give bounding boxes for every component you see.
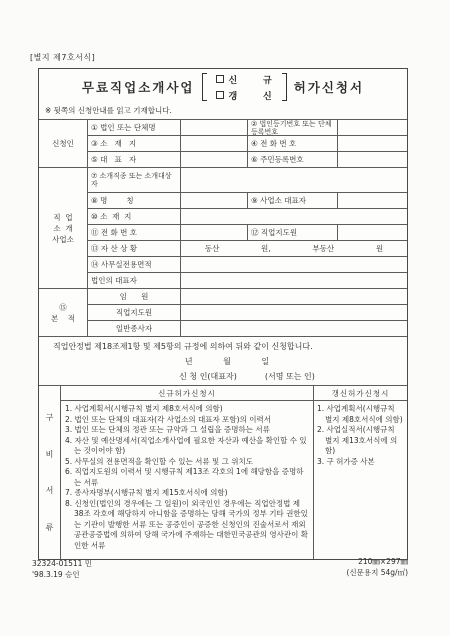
group-label-origin: ⑮ 본 적: [39, 289, 87, 336]
value-representative[interactable]: [181, 152, 247, 167]
footer-paper-line: (신문용지 54g/㎡): [346, 567, 408, 578]
origin-number: ⑮: [59, 302, 67, 313]
checkbox-renew[interactable]: [216, 91, 224, 99]
value-officer-origin[interactable]: [181, 289, 407, 304]
signature-row: 신 청 인(대표자) (서명 또는 인): [93, 371, 401, 382]
docs-list-new: 1. 사업계획서(시행규칙 별지 제8호서식에 의함) 2. 법인 또는 단체의…: [61, 401, 313, 559]
doc-item-new-6: 6. 직업지도원의 이력서 및 시행규칙 제13조 각호의 1에 해당함을 증명…: [65, 467, 309, 488]
field-label-phone: ④ 전 화 번 호: [248, 136, 337, 151]
value-office-address[interactable]: [181, 209, 407, 224]
field-label-resident-no: ⑥ 주민등록번호: [248, 152, 337, 167]
value-assets[interactable]: 동산 원, 부동산 원: [181, 241, 407, 256]
field-label-office-address: ⑩ 소 재 지: [88, 209, 180, 224]
field-label-intro-jobs: ⑦ 소개직종 또는 소개대상자: [88, 168, 180, 192]
group-label-applicant: 신청인: [39, 120, 87, 167]
doc-item-renew-1: 1. 사업계획서(시행규칙 별지 제8호서식에 의함): [317, 404, 404, 425]
value-office-rep[interactable]: [338, 193, 407, 208]
doc-item-new-7: 7. 종사자명부(시행규칙 별지 제15호서식에 의함): [65, 488, 309, 499]
assets-immovable-label: 부동산: [312, 243, 334, 254]
row-label-guide: 직업지도원: [88, 305, 180, 320]
doc-item-new-3: 3. 법인 또는 단체의 정관 또는 규약과 그 설립을 증명하는 서류: [65, 425, 309, 436]
bracket-left: [202, 73, 207, 101]
bracket-right: [282, 73, 287, 101]
field-label-office-phone: ⑪ 전 화 번 호: [88, 225, 180, 240]
main-table: 신청인 ① 법인 또는 단체명 ② 법인등기번호 또는 단체등록번호 ③ 소 재…: [39, 119, 407, 337]
group-agency-line3: 사업소: [52, 234, 74, 245]
value-office-name[interactable]: [181, 193, 247, 208]
doc-item-new-5: 5. 사무실의 전용면적을 확인할 수 있는 서류 및 그 위치도: [65, 457, 309, 468]
option-new: 신 규: [216, 73, 273, 86]
footer-code-line: 32324-01511 민: [32, 558, 92, 569]
field-label-office-name: ⑧ 명 칭: [88, 193, 180, 208]
value-general-origin[interactable]: [181, 321, 407, 336]
value-guidance-staff[interactable]: [338, 225, 407, 240]
field-label-guidance-staff: ⑫ 직업지도원: [248, 225, 337, 240]
doc-item-renew-3: 3. 구 허가증 사본: [317, 457, 404, 468]
permit-type-options: 신 규 갱 신: [214, 73, 275, 102]
value-guide-origin[interactable]: [181, 305, 407, 320]
footer-approval-line: '98.3.19 승인: [32, 569, 92, 580]
field-label-corp-name: ① 법인 또는 단체명: [88, 120, 180, 135]
sidebar-char-4: 류: [46, 522, 54, 533]
date-line: 년 월 일: [53, 356, 401, 367]
form-title-right: 허가신청서: [294, 78, 364, 96]
value-office-phone[interactable]: [181, 225, 247, 240]
documents-table: 구 비 서 류 신규허가신청시 갱신허가신청시 1. 사업계획서(시행규칙 별지…: [39, 385, 407, 559]
option-renew: 갱 신: [216, 89, 273, 102]
footer-size-line: 210㎜×297㎜: [346, 556, 408, 567]
field-label-office-rep: ⑨ 사업소 대표자: [248, 193, 337, 208]
field-label-representative: ⑤ 대 표 자: [88, 152, 180, 167]
value-address[interactable]: [181, 136, 247, 151]
group-agency-line1: 직 업: [53, 212, 72, 223]
field-label-corp-representative: 법인의 대표자: [88, 273, 180, 288]
field-label-office-area: ⑭ 사무실전용면적: [88, 257, 180, 272]
footer-paper-spec: 210㎜×297㎜ (신문용지 54g/㎡): [346, 556, 408, 578]
checkbox-renew-label: 갱 신: [229, 89, 273, 102]
doc-item-new-1: 1. 사업계획서(시행규칙 별지 제8호서식에 의함): [65, 404, 309, 415]
value-corp-representative[interactable]: [181, 273, 407, 288]
value-corp-name[interactable]: [181, 120, 247, 135]
assets-won2-label: 원: [376, 243, 383, 254]
footer-print-code: 32324-01511 민 '98.3.19 승인: [32, 558, 92, 580]
assets-movable-label: 동산: [205, 243, 220, 254]
declaration-block: 직업안정법 제18조제1항 및 제5항의 규정에 의하여 뒤와 같이 신청합니다…: [39, 337, 407, 385]
doc-item-new-8: 8. 신청인(법인의 경우에는 그 일원)이 외국인인 경우에는 직업안정법 제…: [65, 499, 309, 552]
sign-note: (서명 또는 인): [265, 371, 315, 382]
value-registry-no[interactable]: [338, 120, 407, 135]
checkbox-new[interactable]: [216, 75, 224, 83]
value-phone[interactable]: [338, 136, 407, 151]
signer-label: 신 청 인(대표자): [179, 371, 237, 382]
group-agency-line2: 소 개: [53, 223, 72, 234]
value-resident-no[interactable]: [338, 152, 407, 167]
application-form: 무료직업소개사업 신 규 갱 신 허가신청서 ※ 뒷쪽의 신청안내를 읽고 기재…: [38, 68, 408, 560]
fill-note: ※ 뒷쪽의 신청안내를 읽고 기재합니다.: [39, 105, 407, 119]
checkbox-new-label: 신 규: [229, 73, 273, 86]
sidebar-char-1: 구: [46, 412, 54, 423]
form-title-left: 무료직업소개사업: [82, 78, 195, 96]
doc-item-new-2: 2. 법인 또는 단체의 대표자(각 사업소의 대표자 포함)의 이력서: [65, 415, 309, 426]
docs-header-new: 신규허가신청시: [61, 386, 313, 400]
form-code-label: [별지 제7호서식]: [30, 52, 95, 63]
declaration-statement: 직업안정법 제18조제1항 및 제5항의 규정에 의하여 뒤와 같이 신청합니다…: [53, 341, 401, 352]
row-label-general: 일반종사자: [88, 321, 180, 336]
documents-sidebar-label: 구 비 서 류: [39, 386, 60, 559]
value-intro-jobs[interactable]: [181, 168, 407, 192]
value-office-area[interactable]: [181, 257, 407, 272]
sidebar-char-2: 비: [46, 449, 54, 460]
docs-header-renew: 갱신허가신청시: [314, 386, 407, 400]
row-label-officer: 임 원: [88, 289, 180, 304]
field-label-registry-no: ② 법인등기번호 또는 단체등록번호: [248, 120, 337, 135]
form-page: [별지 제7호서식] 무료직업소개사업 신 규 갱 신 허가신청서 ※ 뒷쪽의 …: [0, 0, 450, 636]
sidebar-char-3: 서: [46, 485, 54, 496]
assets-won1-label: 원,: [261, 243, 271, 254]
doc-item-renew-2: 2. 사업실적서(시행규칙 별지 제13호서식에 의함): [317, 425, 404, 457]
origin-label: 본 적: [51, 313, 75, 324]
doc-item-new-4: 4. 자산 및 예산명세서(직업소개사업에 필요한 자산과 예산을 확인할 수 …: [65, 436, 309, 457]
field-label-assets: ⑬ 자 산 상 황: [88, 241, 180, 256]
field-label-address: ③ 소 재 지: [88, 136, 180, 151]
docs-list-renew: 1. 사업계획서(시행규칙 별지 제8호서식에 의함) 2. 사업실적서(시행규…: [314, 401, 407, 559]
group-label-agency: 직 업 소 개 사업소: [39, 168, 87, 288]
form-title: 무료직업소개사업 신 규 갱 신 허가신청서: [39, 69, 407, 105]
